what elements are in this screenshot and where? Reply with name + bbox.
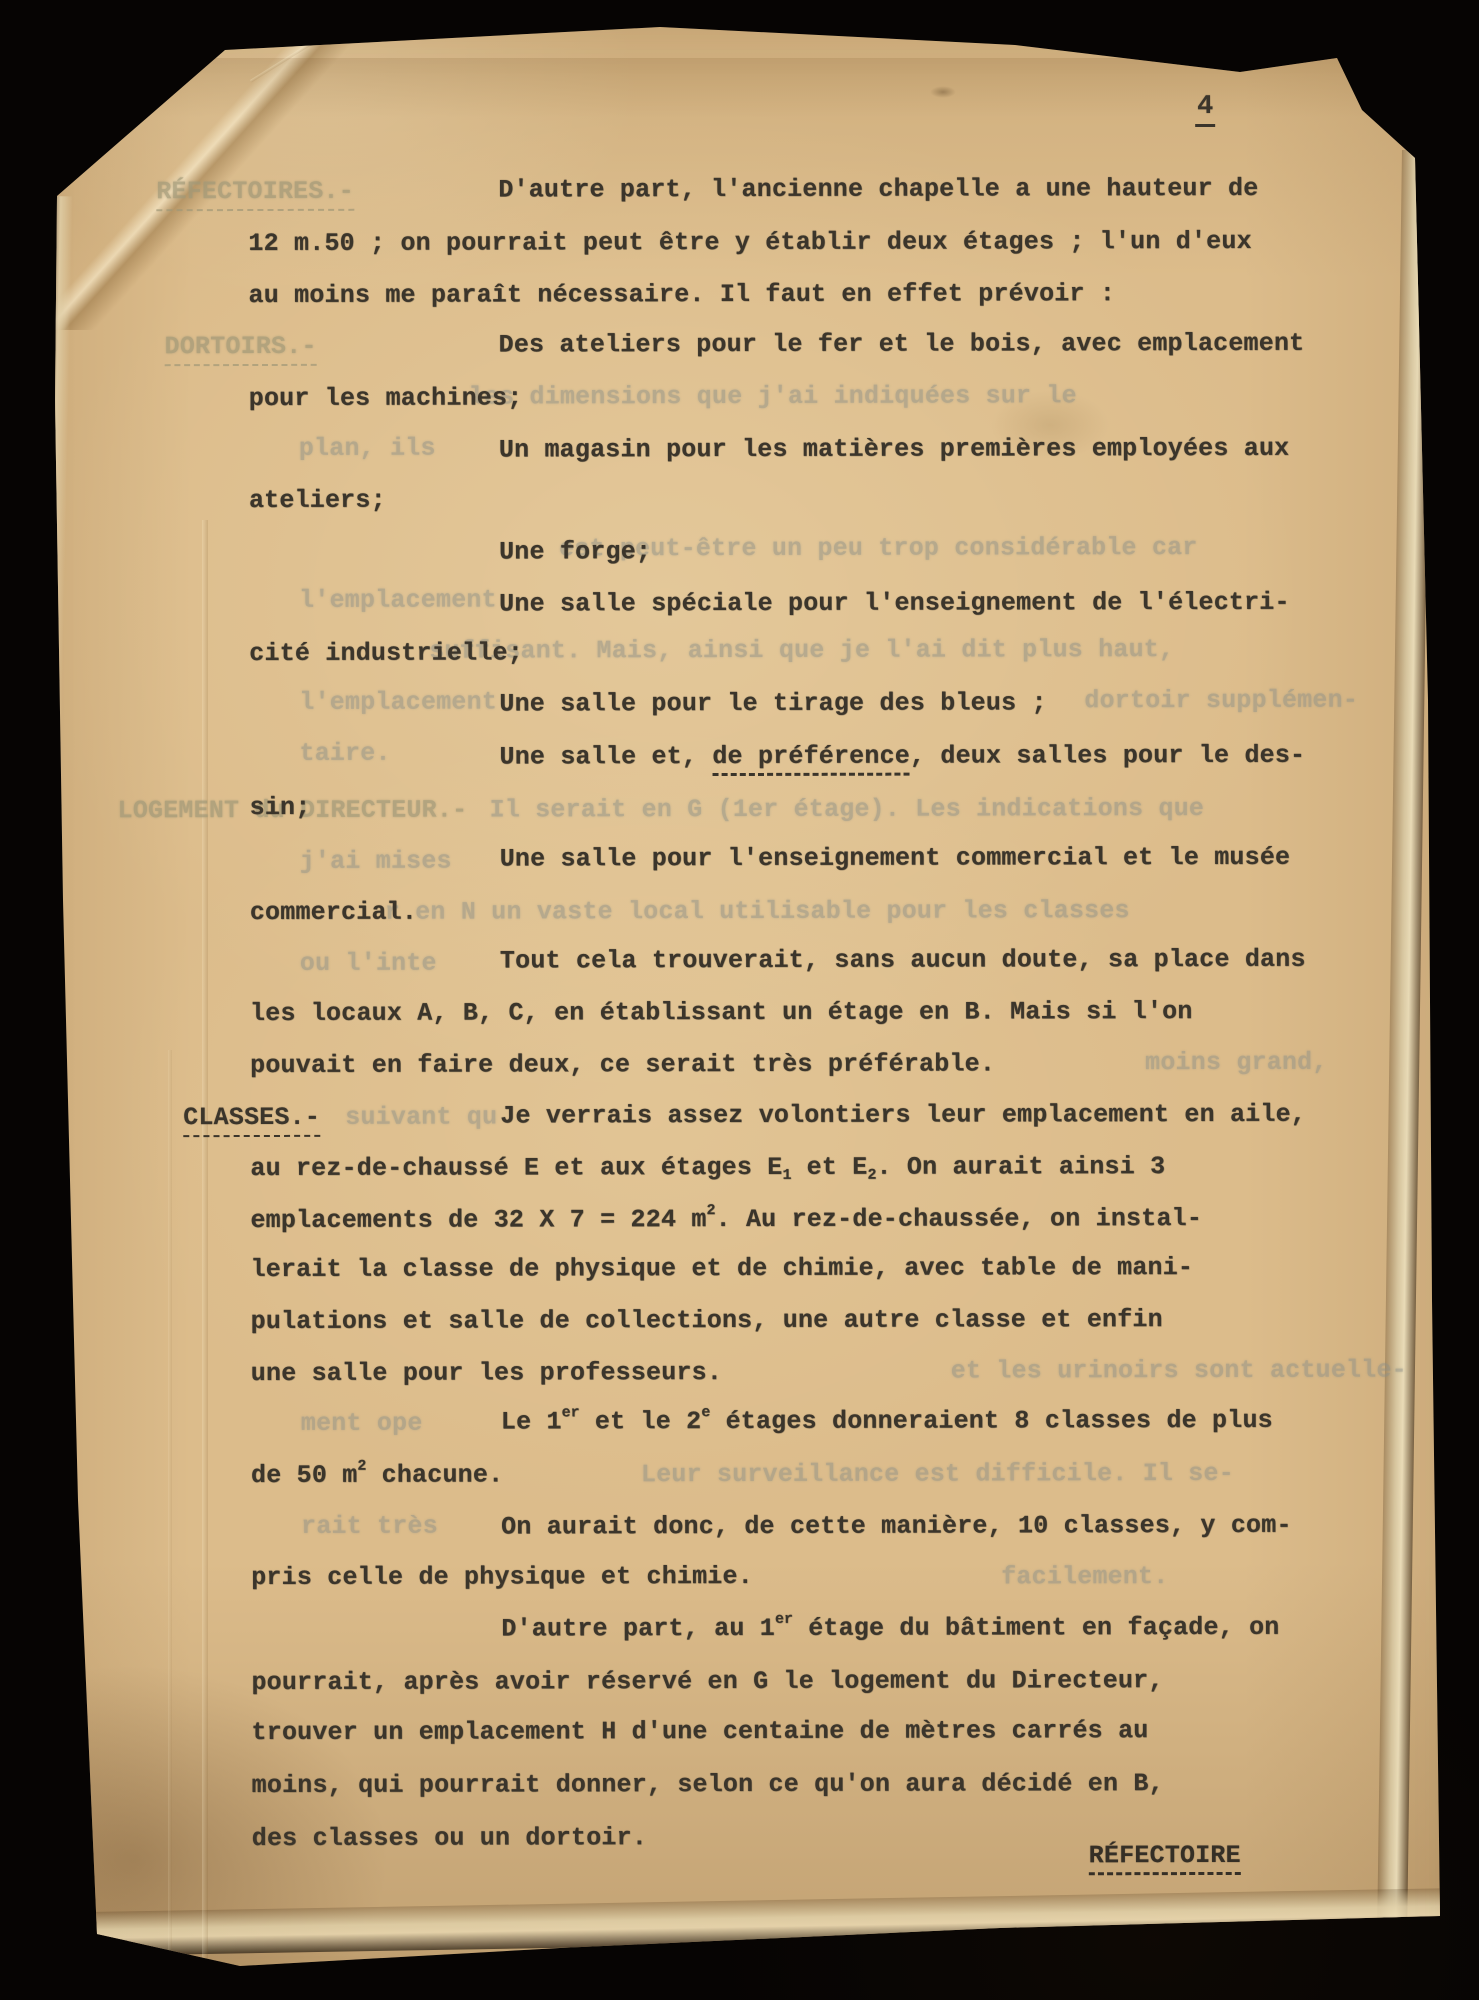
typed-line: au rez-de-chaussé E et aux étages E1 et … xyxy=(250,1154,1165,1181)
typed-line: lerait la classe de physique et de chimi… xyxy=(251,1255,1194,1282)
typed-line: Une salle spéciale pour l'enseignement d… xyxy=(499,590,1290,617)
ghost-line: j'ai mises xyxy=(300,849,452,874)
ghost-line: rait très xyxy=(301,1514,438,1539)
typed-line: une salle pour les professeurs. xyxy=(251,1360,722,1386)
ghost-line: l'emplacement xyxy=(299,588,497,613)
ghost-line: Il serait en G (1er étage). Les indicati… xyxy=(490,796,1205,822)
typed-line: 12 m.50 ; on pourrait peut être y établi… xyxy=(248,229,1251,256)
ghost-line: r en N un vaste local utilisable pour le… xyxy=(385,898,1130,925)
typed-line: de 50 m2 chacune. xyxy=(251,1462,503,1488)
margin-labels-layer: RÉFECTOIRES.-DORTOIRS.-LOGEMENT du DIREC… xyxy=(0,0,1477,1)
typed-line: D'autre part, l'ancienne chapelle a une … xyxy=(498,176,1258,203)
typed-line: Je verrais assez volontiers leur emplace… xyxy=(500,1102,1306,1129)
typed-line: pour les machines; xyxy=(249,385,523,411)
ghost-line: Leur surveillance est difficile. Il se- xyxy=(641,1461,1234,1487)
typed-line: Le 1er et le 2e étages donneraient 8 cla… xyxy=(501,1408,1273,1435)
typed-line: Une salle pour le tirage des bleus ; xyxy=(499,690,1046,716)
typed-lines-layer: D'autre part, l'ancienne chapelle a une … xyxy=(0,0,1477,1)
margin-label: DORTOIRS.- xyxy=(165,334,317,359)
typed-line: sin; xyxy=(250,795,311,820)
typed-line: des classes ou un dortoir. xyxy=(252,1825,647,1851)
text-layer: 4 les dimensions que j'ai indiquées sur … xyxy=(0,0,1479,2000)
ghost-line: plan, ils xyxy=(299,436,436,461)
document-page: 4 les dimensions que j'ai indiquées sur … xyxy=(0,0,1479,2000)
ghost-line: dortoir supplémen- xyxy=(1084,688,1358,714)
typed-line: ateliers; xyxy=(249,488,386,513)
typed-line: Une forge; xyxy=(499,539,651,564)
typed-line: les locaux A, B, C, en établissant un ét… xyxy=(250,999,1193,1026)
ghost-line: suffisant. Mais, ainsi que je l'ai dit p… xyxy=(429,637,1174,664)
typed-line: pris celle de physique et chimie. xyxy=(251,1564,753,1590)
ghost-line: et les urinoirs sont actuelle- xyxy=(951,1358,1407,1384)
typed-line: On aurait donc, de cette manière, 10 cla… xyxy=(501,1513,1292,1540)
ghost-line: taire. xyxy=(299,741,390,766)
typed-line: Une salle et, de préférence, deux salles… xyxy=(499,743,1305,770)
ghost-text-layer: les dimensions que j'ai indiquées sur le… xyxy=(0,0,1477,1)
typed-line: Tout cela trouverait, sans aucun doute, … xyxy=(500,947,1306,974)
scan-background: 4 les dimensions que j'ai indiquées sur … xyxy=(0,0,1479,2000)
typed-line: pouvait en faire deux, ce serait très pr… xyxy=(250,1051,995,1078)
ghost-line: facilement. xyxy=(1001,1564,1168,1589)
typed-line: Un magasin pour les matières premières e… xyxy=(499,436,1290,463)
typed-line: commercial. xyxy=(250,900,417,925)
ghost-line: ment ope xyxy=(301,1411,423,1436)
page-number: 4 xyxy=(1195,94,1215,127)
typed-line: emplacements de 32 X 7 = 224 m2. Au rez-… xyxy=(250,1206,1202,1233)
typed-line: pourrait, après avoir réservé en G le lo… xyxy=(251,1668,1163,1695)
typed-line: moins, qui pourrait donner, selon ce qu'… xyxy=(252,1771,1164,1798)
typed-line: trouver un emplacement H d'une centaine … xyxy=(252,1718,1149,1745)
typed-line: D'autre part, au 1er étage du bâtiment e… xyxy=(501,1615,1279,1642)
typed-line: Des ateliers pour le fer et le bois, ave… xyxy=(499,331,1305,358)
catchword: RÉFECTOIRE xyxy=(1089,1843,1241,1875)
ghost-line: ou l'inte xyxy=(300,951,437,976)
ghost-line: suivant qu xyxy=(345,1105,497,1130)
typed-line: Une salle pour l'enseignement commercial… xyxy=(500,845,1291,872)
ghost-line: moins grand, xyxy=(1145,1050,1327,1075)
ghost-line: l'emplacement xyxy=(299,690,497,715)
ghost-line: est peut-être un peu trop considérable c… xyxy=(559,535,1198,561)
margin-label: RÉFECTOIRES.- xyxy=(156,179,354,204)
typed-line: au moins me paraît nécessaire. Il faut e… xyxy=(248,281,1115,308)
margin-label: CLASSES.- xyxy=(183,1105,320,1130)
ghost-line: les dimensions que j'ai indiquées sur le xyxy=(469,383,1077,409)
typed-line: pulations et salle de collections, une a… xyxy=(251,1307,1163,1334)
typed-line: cité industrielle; xyxy=(249,640,523,666)
